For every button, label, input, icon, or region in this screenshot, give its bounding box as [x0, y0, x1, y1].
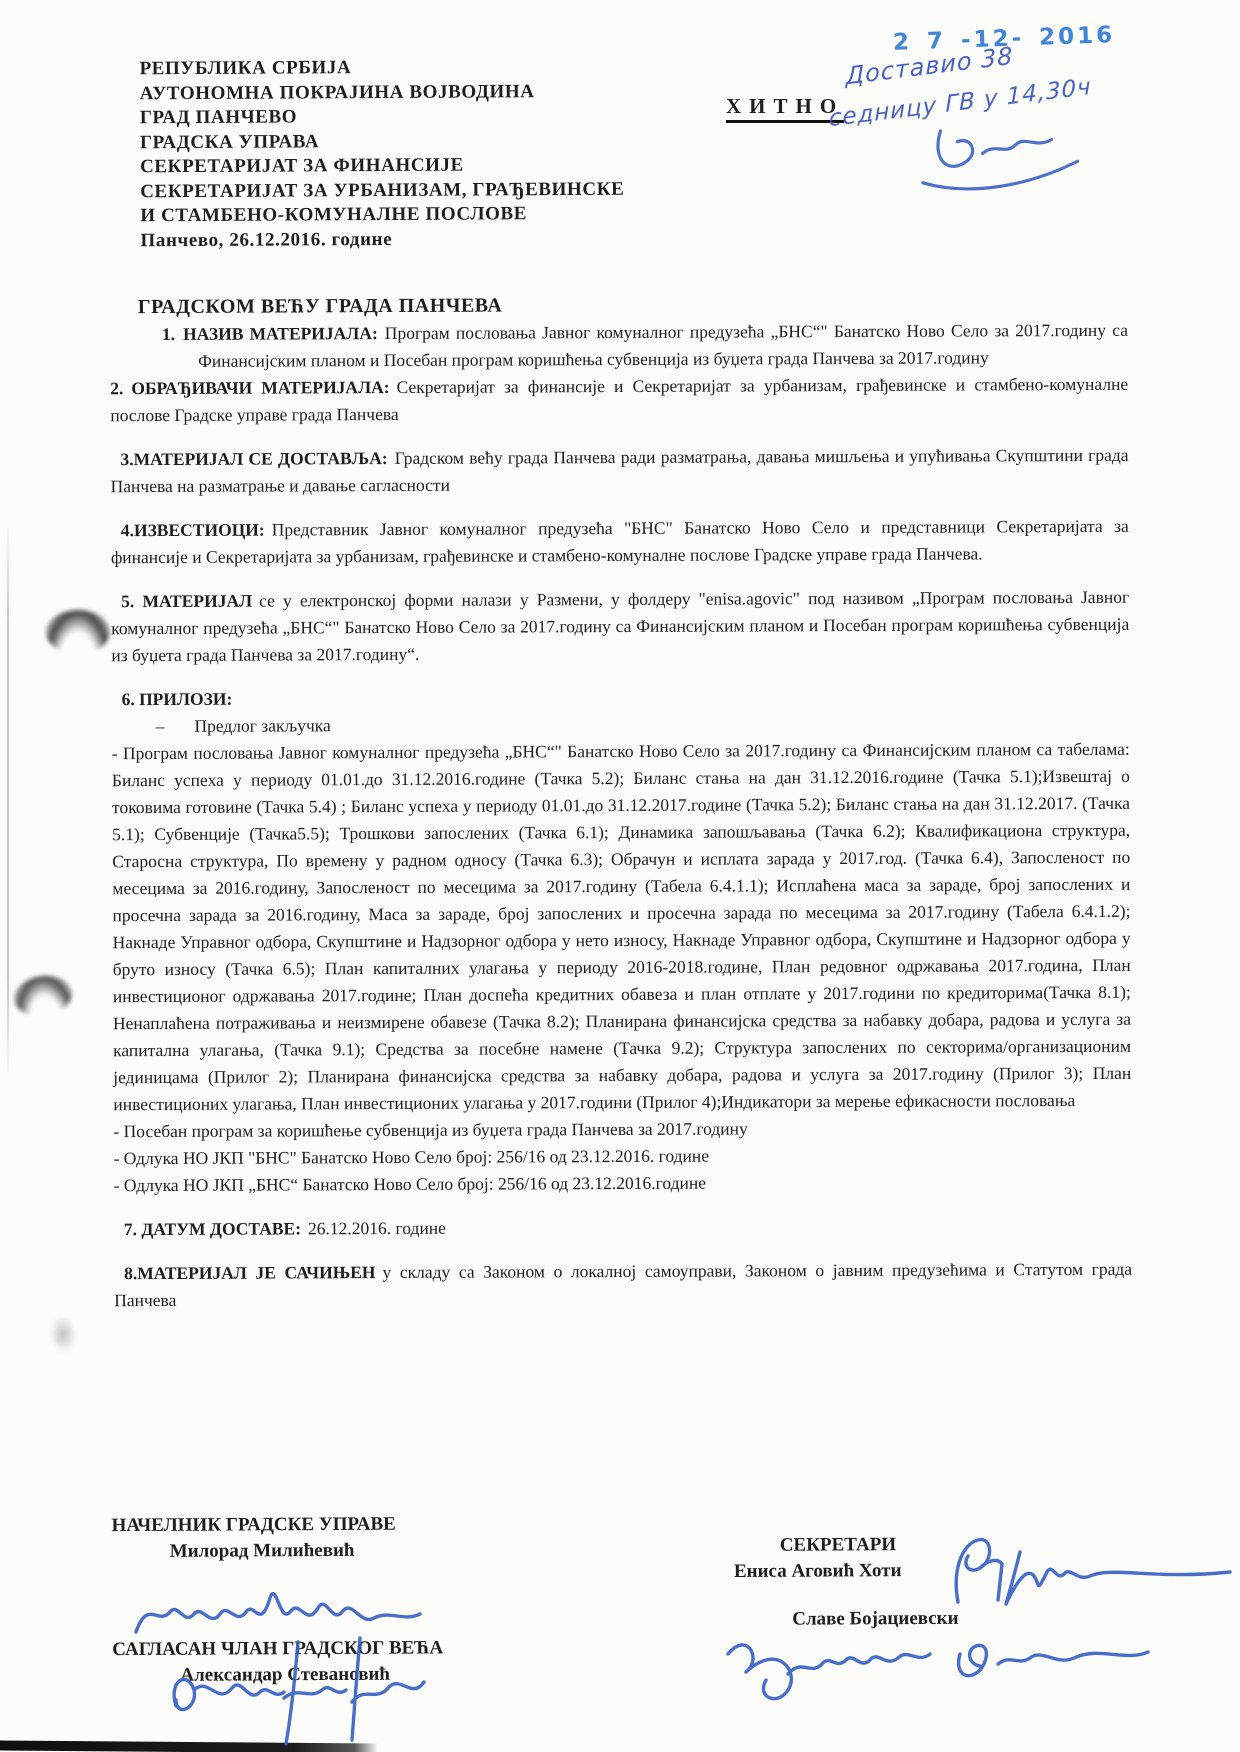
signature-enisa-agovic-hoti	[928, 1528, 1240, 1620]
letterhead-line: И СТАМБЕНО-КОМУНАЛНЕ ПОСЛОВЕ	[140, 202, 624, 229]
section-6-label: 6. ПРИЛОЗИ:	[122, 689, 240, 710]
section-7: 7. ДАТУМ ДОСТАВЕ:26.12.2016. године	[114, 1212, 1132, 1243]
section-8-label: 8.МАТЕРИЈАЛ ЈЕ САЧИЊЕН	[124, 1262, 383, 1283]
attachment-item-4: - Одлука НО ЈКП „БНС“ Банатско Ново Село…	[114, 1168, 1132, 1199]
section-7-text: 26.12.2016. године	[308, 1218, 446, 1239]
punch-hole-shadow	[46, 610, 110, 654]
paper-edge-shadow	[7, 526, 9, 1076]
section-5: 5. МАТЕРИЈАЛсе у електронској форми нала…	[111, 584, 1129, 669]
signature-aleksandar-stevanovic	[162, 1628, 432, 1750]
letterhead-date-line: Панчево, 26.12.2016. године	[140, 226, 624, 253]
letterhead-line: РЕПУБЛИКА СРБИЈА	[139, 55, 623, 82]
dash-bullet: –	[156, 716, 195, 736]
letterhead: РЕПУБЛИКА СРБИЈА АУТОНОМНА ПОКРАЈИНА ВОЈ…	[139, 55, 624, 254]
section-2-label: ОБРАЂИВАЧИ МАТЕРИЈАЛА:	[131, 377, 396, 398]
section-1: 1.НАЗИВ МАТЕРИЈАЛА:Програм пословања Јав…	[110, 317, 1128, 375]
signature-slave-bojacievski	[716, 1612, 1166, 1710]
attachment-item-1: - Програм пословања Јавног комуналног пр…	[112, 736, 1132, 1118]
letterhead-line: СЕКРЕТАРИЈАТ ЗА ФИНАНСИЈЕ	[140, 153, 624, 180]
scan-smudge	[50, 1316, 76, 1352]
section-5-label: 5. МАТЕРИЈАЛ	[121, 591, 259, 612]
urgent-label: ХИТНО	[726, 94, 844, 123]
letterhead-line: ГРАД ПАНЧЕВО	[140, 104, 624, 131]
document-body: ГРАДСКОМ ВЕЋУ ГРАДА ПАНЧЕВА 1.НАЗИВ МАТЕ…	[110, 290, 1132, 1314]
scanned-document-page: РЕПУБЛИКА СРБИЈА АУТОНОМНА ПОКРАЈИНА ВОЈ…	[0, 0, 1240, 1752]
letterhead-line: АУТОНОМНА ПОКРАЈИНА ВОЈВОДИНА	[140, 79, 624, 106]
letterhead-line: ГРАДСКА УПРАВА	[140, 128, 624, 155]
section-2: 2.ОБРАЂИВАЧИ МАТЕРИЈАЛА:Секретаријат за …	[110, 371, 1128, 429]
attachment-item-0-text: Предлог закључка	[194, 715, 330, 736]
section-5-text: се у електронској форми налази у Размени…	[111, 587, 1129, 665]
section-8: 8.МАТЕРИЈАЛ ЈЕ САЧИЊЕНу складу са Законо…	[114, 1256, 1132, 1314]
punch-hole-shadow	[11, 972, 74, 1020]
section-3-label: 3.МАТЕРИЈАЛ СЕ ДОСТАВЉА:	[120, 448, 394, 469]
document-title: ГРАДСКОМ ВЕЋУ ГРАДА ПАНЧЕВА	[138, 290, 1128, 321]
section-1-number: 1.	[162, 324, 183, 344]
letterhead-line: СЕКРЕТАРИЈАТ ЗА УРБАНИЗАМ, ГРАЂЕВИНСКЕ	[140, 177, 624, 204]
section-1-label: НАЗИВ МАТЕРИЈАЛА:	[183, 323, 385, 344]
section-3: 3.МАТЕРИЈАЛ СЕ ДОСТАВЉА:Градском већу гр…	[110, 442, 1128, 500]
signer-name-milorad-milicevic: Милорад Милићевић	[170, 1537, 542, 1565]
section-4-label: 4.ИЗВЕСТИОЦИ:	[121, 520, 272, 541]
signer-title-head-of-administration: НАЧЕЛНИК ГРАДСКЕ УПРАВЕ	[112, 1511, 542, 1539]
section-2-number: 2.	[110, 378, 131, 398]
section-4: 4.ИЗВЕСТИОЦИ:Представник Јавног комуналн…	[111, 513, 1129, 571]
section-7-label: 7. ДАТУМ ДОСТАВЕ:	[124, 1218, 308, 1239]
handwritten-flourish	[902, 110, 1098, 206]
